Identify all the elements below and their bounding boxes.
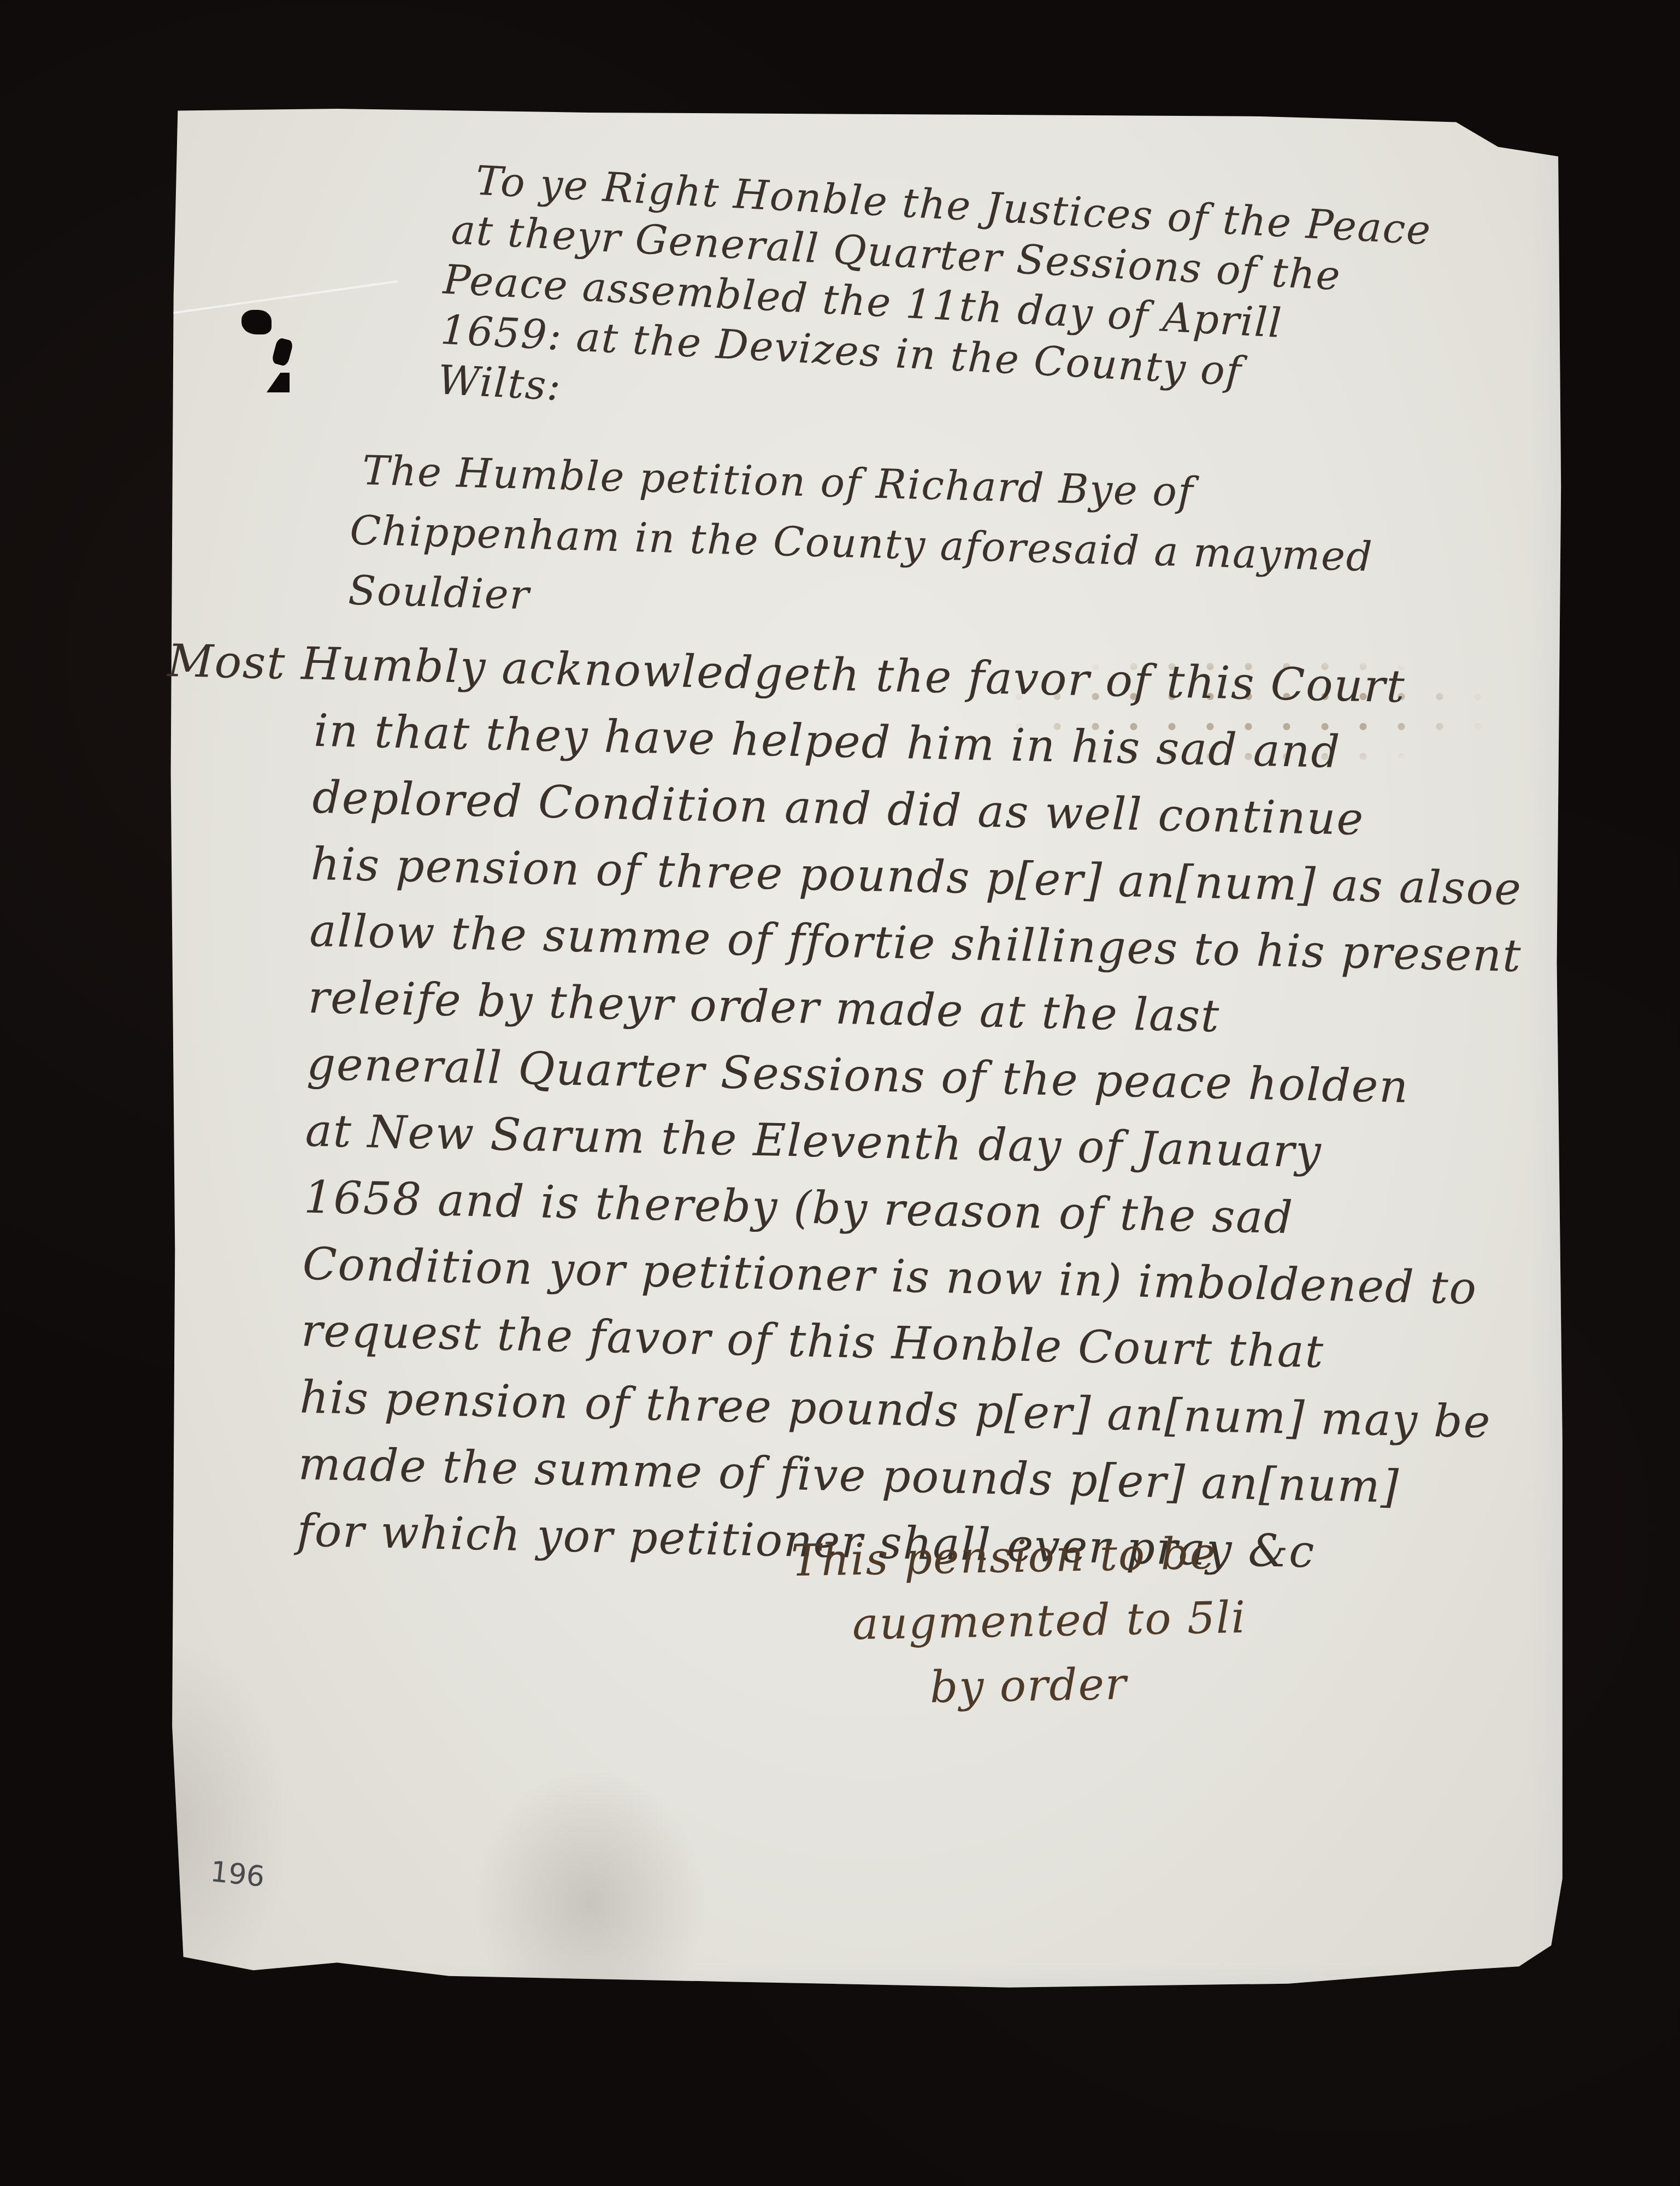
endorsement-line: This pension to be — [791, 1521, 1246, 1593]
endorsement-line: by order — [929, 1650, 1248, 1720]
petition-body: Most Humbly acknowledgeth the favor of t… — [149, 628, 1528, 1590]
filing-hole — [241, 310, 272, 334]
folio-number: 196 — [209, 1855, 266, 1894]
paper-crease — [170, 280, 398, 314]
court-endorsement: This pension to be augmented to 5li by o… — [791, 1521, 1248, 1722]
endorsement-line: augmented to 5li — [852, 1585, 1247, 1657]
petition-title: The Humble petition of Richard Bye of Ch… — [347, 440, 1376, 648]
filing-hole — [271, 337, 293, 367]
filing-hole — [267, 373, 290, 392]
address-block: To ye Right Honble the Justices of the P… — [464, 155, 1433, 456]
